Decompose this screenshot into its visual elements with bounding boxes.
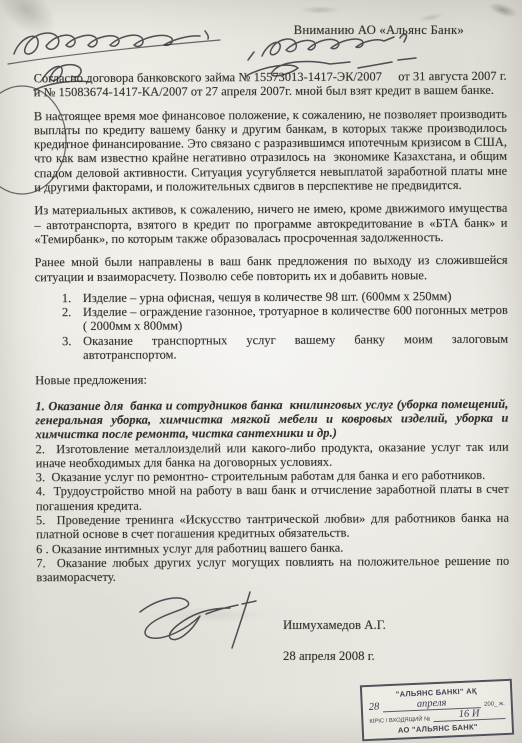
scan-smudge xyxy=(487,0,519,20)
scan-smudge xyxy=(0,0,67,48)
list-item-number: 3. xyxy=(62,334,83,363)
list-item-text: Изделие – ограждение газонное, тротуарно… xyxy=(83,303,508,334)
scanned-letter-page: Вниманию АО «Альянс Банк» Согласно догов… xyxy=(0,0,522,743)
previous-offers-list: 1. Изделие – урна офисная, чешуя в колич… xyxy=(35,289,508,363)
list-item-text: Оказание транспортных услуг вашему банку… xyxy=(83,332,508,363)
stamp-handwritten-day: 28 xyxy=(369,703,380,713)
offer-item-5: 5. Проведение тренинга «Искусство тантри… xyxy=(36,511,509,542)
scan-smudge xyxy=(300,6,340,14)
paragraph-assets: Из материальных активов, к сожалению, ни… xyxy=(34,201,507,246)
list-item-number: 1. xyxy=(62,291,83,305)
new-offers-heading: Новые предложения: xyxy=(35,371,508,388)
handwritten-underline xyxy=(8,40,220,64)
stamp-handwritten-number: 16 И xyxy=(433,708,506,722)
scan-smudge xyxy=(418,11,445,23)
stamp-incoming-label: КІРІС / ВХОДЯЩИЙ № xyxy=(369,716,430,725)
offer-item-7: 7. Оказание любых других услуг могущих п… xyxy=(36,554,509,585)
letter-body: Согласно договора банковского займа № 15… xyxy=(34,69,510,585)
recipient-line: Вниманию АО «Альянс Банк» xyxy=(294,23,464,38)
list-item: 3. Оказание транспортных услуг вашему ба… xyxy=(35,332,508,363)
bank-incoming-stamp: "АЛЬЯНС БАНКІ" АҚ 28 апреля 200_ ж. КІРІ… xyxy=(360,679,514,742)
paragraph-financial-situation: В настоящее время мое финансовое положен… xyxy=(34,106,507,194)
signature-date: 28 апреля 2008 г. xyxy=(283,649,375,664)
signature-name: Ишмухамедов А.Г. xyxy=(283,618,386,633)
list-item: 2. Изделие – ограждение газонное, тротуа… xyxy=(35,303,508,334)
offer-item-4: 4. Трудоустройство мной на работу в ваш … xyxy=(36,482,509,513)
offer-item-1: 1. Оказание для банка и сотрудников банк… xyxy=(35,396,508,441)
list-item-number: 2. xyxy=(62,305,83,334)
handwritten-annotation-top-left xyxy=(14,31,208,54)
paragraph-intro: Согласно договора банковского займа № 15… xyxy=(34,69,507,100)
offer-item-2: 2. Изготовление металлоизделий или каког… xyxy=(36,439,509,470)
handwritten-name xyxy=(248,34,406,60)
paragraph-previous-offers: Ранее мной были направлены в ваш банк пр… xyxy=(35,253,508,284)
stamp-year-blank: 200_ ж. xyxy=(484,701,505,708)
signature-stroke xyxy=(140,592,256,648)
scan-smudge xyxy=(150,607,270,623)
